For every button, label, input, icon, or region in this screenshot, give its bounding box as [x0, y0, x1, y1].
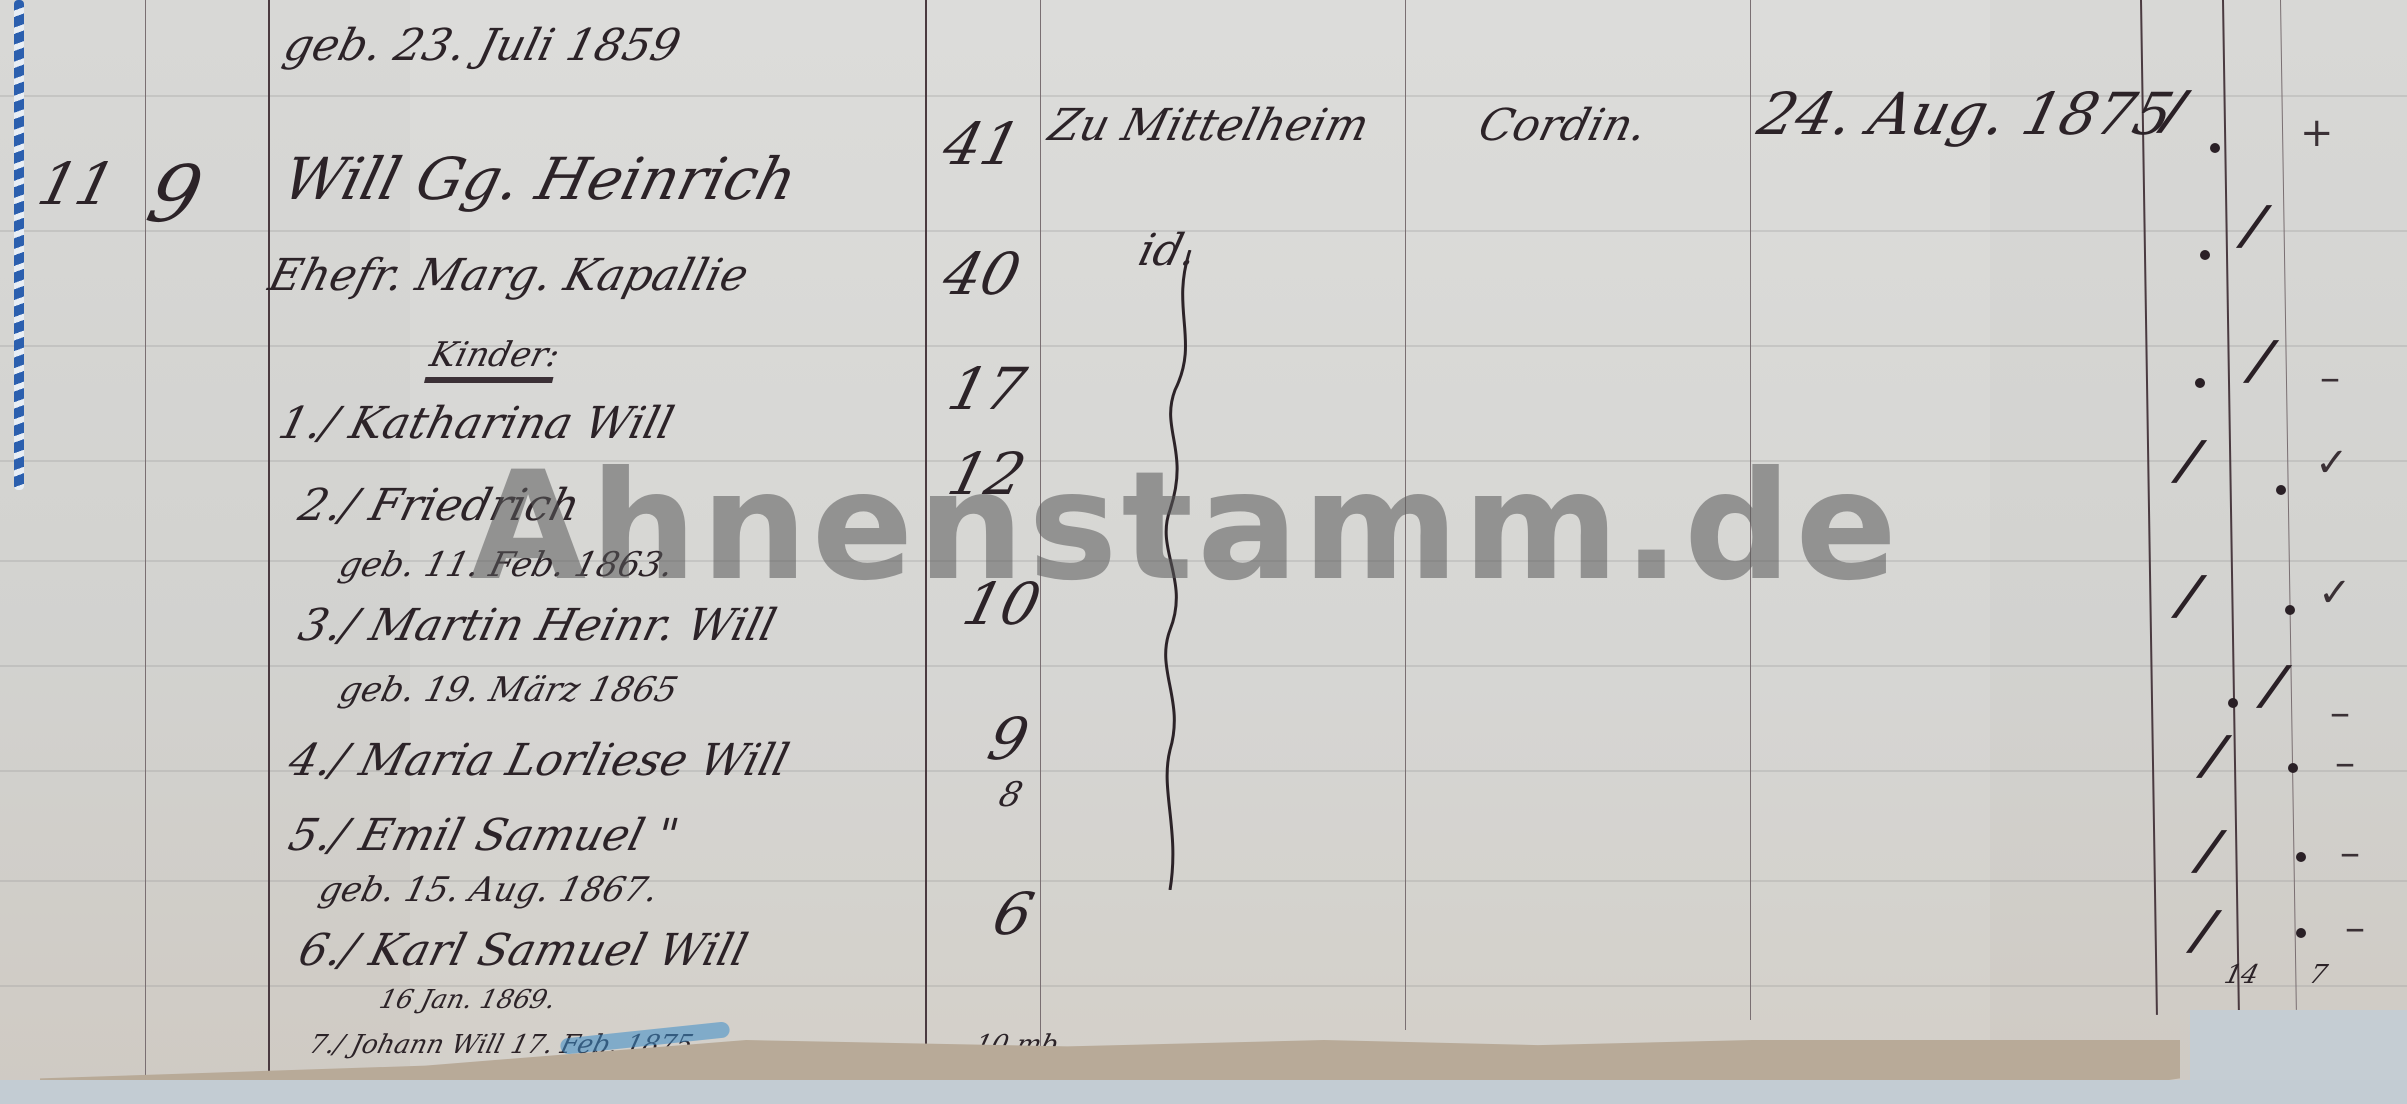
tally-dot [2228, 698, 2238, 708]
head-name: Will Gg. Heinrich [277, 145, 804, 213]
wife-name: Ehefr. Marg. Kapallie [264, 250, 754, 301]
tally-dash: – [2345, 905, 2365, 951]
tally-mark: / [2193, 725, 2237, 786]
ruled-line [0, 985, 2407, 987]
house-number: 9 [139, 150, 211, 240]
sequence-number: 11 [32, 150, 123, 218]
column-divider [268, 0, 270, 1080]
origin-date: 24. Aug. 1875 [1752, 80, 2180, 148]
tally-dot [2285, 605, 2295, 615]
tally-mark: / [2168, 565, 2212, 626]
tally-check: ✓ [2315, 440, 2349, 486]
child-5-name: 5./ Emil Samuel " [284, 810, 684, 861]
column-divider [145, 0, 146, 1080]
tally-mark: / [2233, 195, 2277, 256]
tally-dash: – [2340, 830, 2360, 876]
tally-dot [2195, 378, 2205, 388]
child-5-birth: geb. 15. Aug. 1867. [315, 870, 662, 910]
tally-dash: – [2335, 740, 2355, 786]
child-6-birth: 16 Jan. 1869. [376, 985, 558, 1015]
origin-place: Zu Mittelheim [1044, 100, 1374, 151]
tally-mark: / [2240, 330, 2284, 391]
tally-plus: + [2300, 110, 2334, 156]
tally-dot [2210, 143, 2220, 153]
tally-dash: – [2330, 690, 2350, 736]
binding-cord [14, 0, 24, 490]
tally-dash: – [2320, 355, 2340, 401]
column-divider [2280, 0, 2297, 1010]
child-4-name: 4./ Maria Lorliese Will [284, 735, 794, 786]
ruled-line [0, 230, 2407, 232]
column-divider [2140, 0, 2158, 1015]
tally-dot [2296, 852, 2306, 862]
tally-dot [2276, 485, 2286, 495]
children-label: Kinder: [424, 335, 564, 383]
watermark: Ahnenstamm.de [470, 440, 1901, 614]
child-3-birth: geb. 19. März 1865 [335, 670, 682, 710]
tally-dot [2200, 250, 2210, 260]
tally-mark: / [2183, 900, 2227, 961]
document-page: 11 9 geb. 23. Juli 1859 Will Gg. Heinric… [0, 0, 2407, 1104]
tally-mark: / [2188, 820, 2232, 881]
background-surface [0, 1080, 2407, 1104]
tally-check: ✓ [2318, 570, 2352, 616]
tally-dot [2288, 763, 2298, 773]
origin-date-prefix: Cordin. [1474, 100, 1652, 151]
tally-dot [2296, 928, 2306, 938]
child-6-name: 6./ Karl Samuel Will [294, 925, 753, 976]
column-divider [2222, 0, 2240, 1015]
head-birth-date: geb. 23. Juli 1859 [279, 20, 686, 71]
